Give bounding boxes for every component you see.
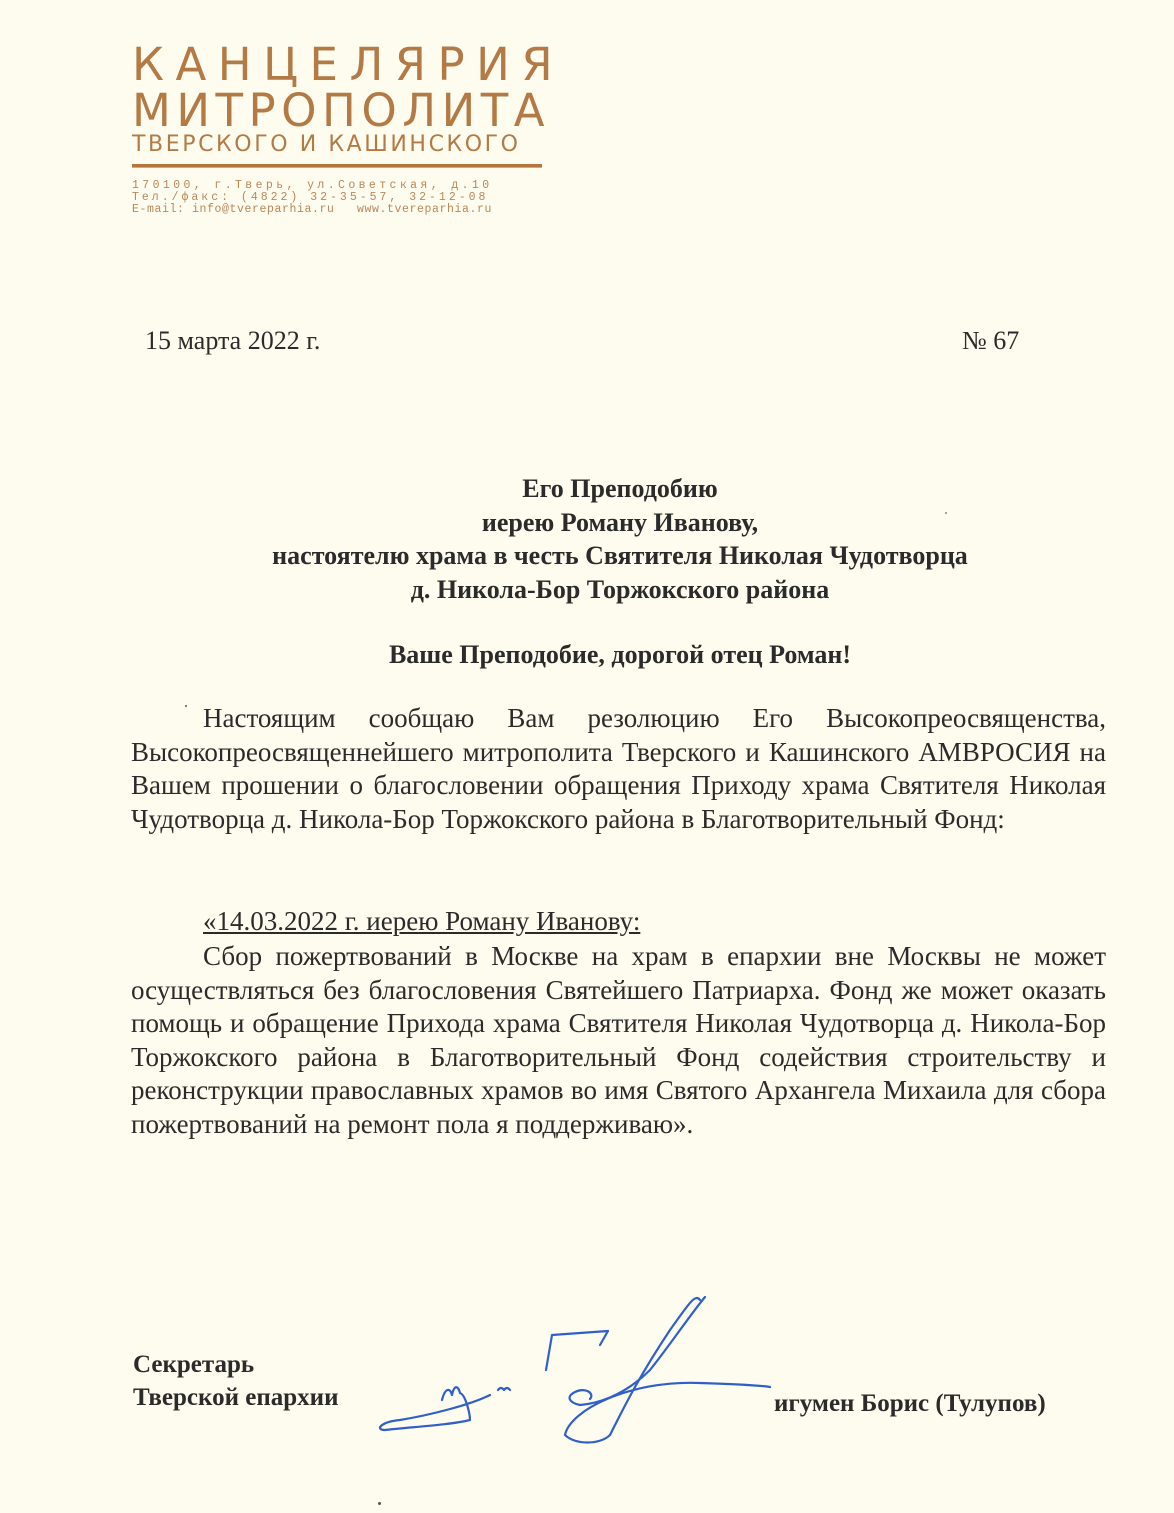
addressee-block: Его Преподобию иерею Роману Иванову, нас… <box>200 472 1040 606</box>
letterhead: КАНЦЕЛЯРИЯ МИТРОПОЛИТА ТВЕРСКОГО И КАШИН… <box>132 42 544 216</box>
resolution-text: Сбор пожертвований в Москве на храм в еп… <box>131 940 1106 1141</box>
letterhead-title-line1: КАНЦЕЛЯРИЯ <box>132 42 544 88</box>
signer-title: Секретарь Тверской епархии <box>133 1348 338 1414</box>
addressee-line: д. Никола-Бор Торжокского района <box>200 573 1040 607</box>
letterhead-divider <box>132 164 542 168</box>
body-paragraph: Настоящим сообщаю Вам резолюцию Его Высо… <box>131 702 1106 836</box>
signer-name: игумен Борис (Тулупов) <box>774 1390 1046 1418</box>
addressee-line: настоятелю храма в честь Святителя Никол… <box>200 539 1040 573</box>
letterhead-contacts: 170100, г.Тверь, ул.Советская, д.10 Тел.… <box>132 180 544 216</box>
signer-title-line2: Тверской епархии <box>133 1381 338 1414</box>
scan-speck <box>378 1502 381 1505</box>
scan-speck <box>185 705 187 707</box>
handwritten-signature-icon <box>370 1285 780 1445</box>
signer-title-line1: Секретарь <box>133 1348 338 1381</box>
letterhead-title-line2: МИТРОПОЛИТА <box>132 88 544 134</box>
addressee-line: Его Преподобию <box>200 472 1040 506</box>
addressee-line: иерею Роману Иванову, <box>200 506 1040 540</box>
scan-speck <box>945 512 947 514</box>
letterhead-email-web: E-mail: info@tvereparhia.ru www.tverepar… <box>132 204 544 216</box>
letterhead-title-line3: ТВЕРСКОГО И КАШИНСКОГО <box>132 132 544 158</box>
document-number: № 67 <box>962 326 1019 356</box>
document-date: 15 марта 2022 г. <box>145 326 320 356</box>
greeting: Ваше Преподобие, дорогой отец Роман! <box>200 640 1040 670</box>
resolution-heading: «14.03.2022 г. иерею Роману Иванову: <box>203 906 640 937</box>
